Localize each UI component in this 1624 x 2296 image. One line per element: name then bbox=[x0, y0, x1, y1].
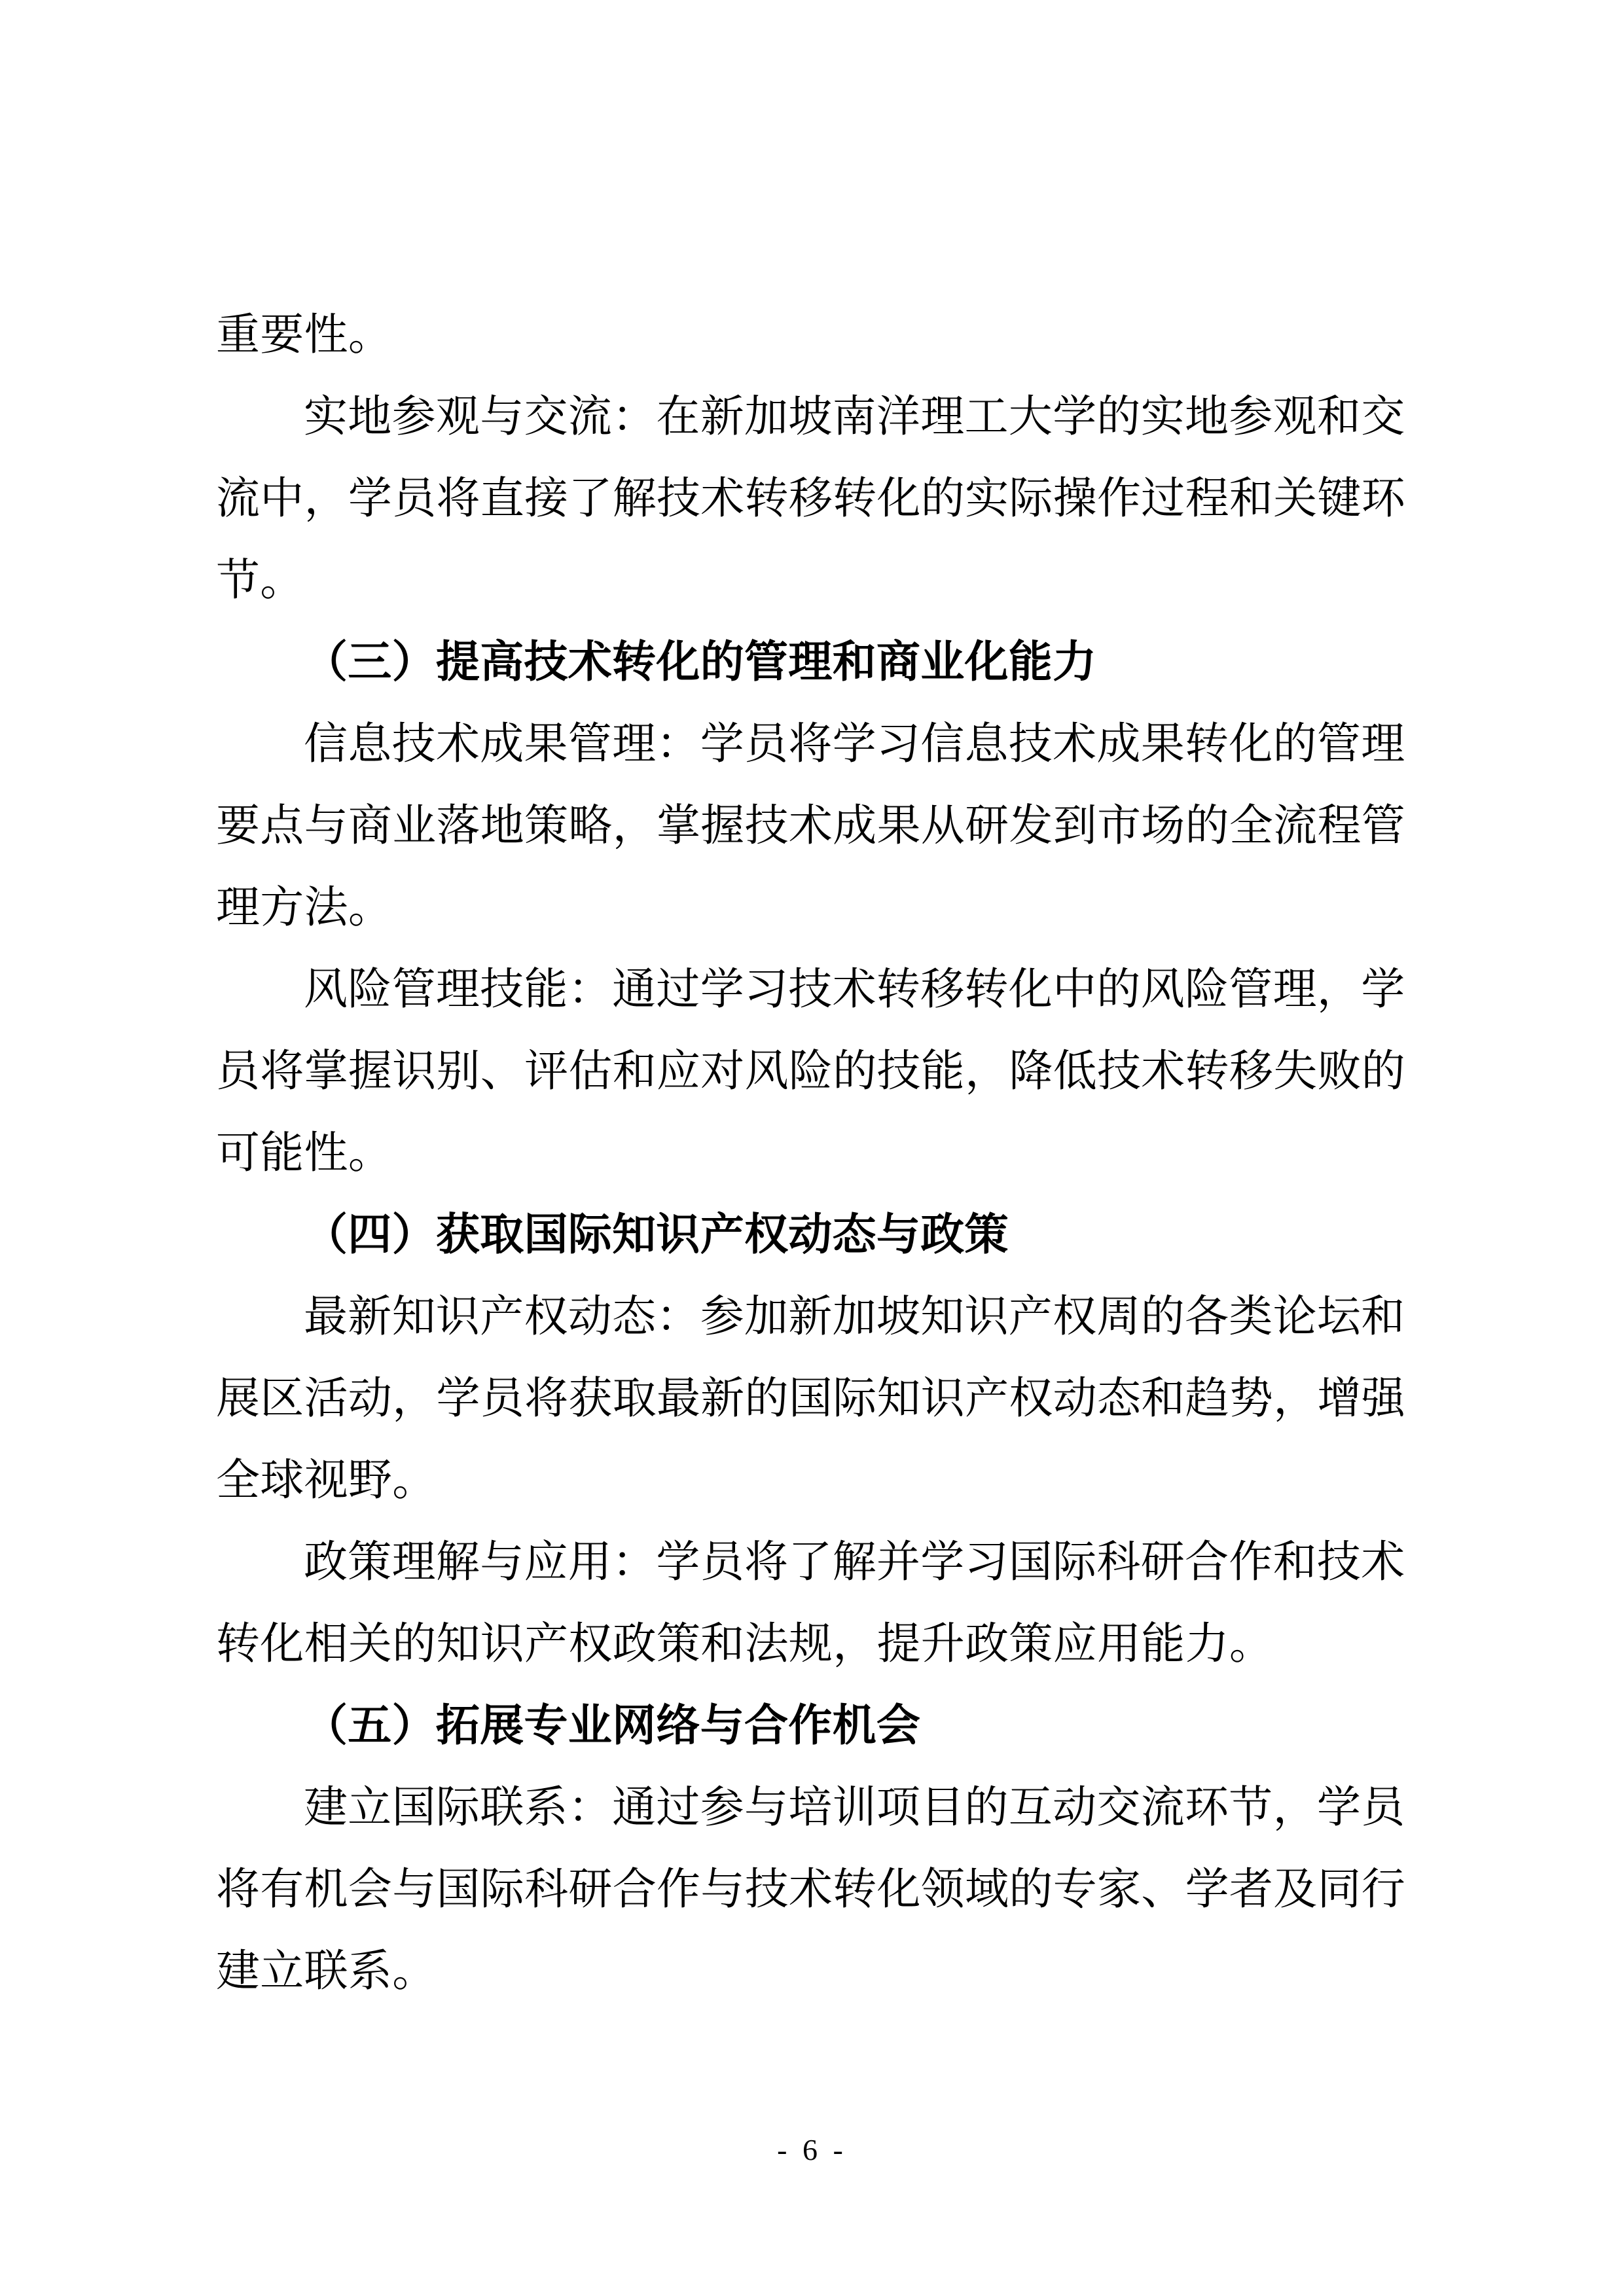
heading-line: （三）提高技术转化的管理和商业化能力 bbox=[216, 622, 1404, 704]
section-heading-4: （四）获取国际知识产权动态与政策 bbox=[216, 1194, 1404, 1276]
text-line: 风险管理技能：通过学习技术转移转化中的风险管理，学 bbox=[216, 949, 1404, 1031]
text-line: 将有机会与国际科研合作与技术转化领域的专家、学者及同行 bbox=[216, 1849, 1404, 1931]
paragraph-policy-understanding: 政策理解与应用：学员将了解并学习国际科研合作和技术 转化相关的知识产权政策和法规… bbox=[216, 1522, 1404, 1685]
paragraph-continuation: 重要性。 bbox=[216, 295, 1404, 376]
text-line: 信息技术成果管理：学员将学习信息技术成果转化的管理 bbox=[216, 704, 1404, 785]
section-heading-5: （五）拓展专业网络与合作机会 bbox=[216, 1685, 1404, 1767]
paragraph-international-contacts: 建立国际联系：通过参与培训项目的互动交流环节，学员 将有机会与国际科研合作与技术… bbox=[216, 1767, 1404, 2013]
paragraph-risk-management: 风险管理技能：通过学习技术转移转化中的风险管理，学 员将掌握识别、评估和应对风险… bbox=[216, 949, 1404, 1194]
text-line: 全球视野。 bbox=[216, 1440, 1404, 1522]
page-number: - 6 - bbox=[777, 2133, 847, 2166]
document-body: 重要性。 实地参观与交流：在新加坡南洋理工大学的实地参观和交 流中，学员将直接了… bbox=[216, 295, 1404, 2013]
text-line: 建立国际联系：通过参与培训项目的互动交流环节，学员 bbox=[216, 1767, 1404, 1849]
text-line: 可能性。 bbox=[216, 1113, 1404, 1194]
paragraph-ip-trends: 最新知识产权动态：参加新加坡知识产权周的各类论坛和 展区活动，学员将获取最新的国… bbox=[216, 1276, 1404, 1522]
paragraph-it-achievement-management: 信息技术成果管理：学员将学习信息技术成果转化的管理 要点与商业落地策略，掌握技术… bbox=[216, 704, 1404, 949]
section-heading-3: （三）提高技术转化的管理和商业化能力 bbox=[216, 622, 1404, 704]
text-line: 实地参观与交流：在新加坡南洋理工大学的实地参观和交 bbox=[216, 376, 1404, 458]
text-line: 节。 bbox=[216, 540, 1404, 622]
text-line: 理方法。 bbox=[216, 867, 1404, 949]
text-line: 最新知识产权动态：参加新加坡知识产权周的各类论坛和 bbox=[216, 1276, 1404, 1358]
heading-line: （四）获取国际知识产权动态与政策 bbox=[216, 1194, 1404, 1276]
heading-line: （五）拓展专业网络与合作机会 bbox=[216, 1685, 1404, 1767]
paragraph-site-visit: 实地参观与交流：在新加坡南洋理工大学的实地参观和交 流中，学员将直接了解技术转移… bbox=[216, 376, 1404, 622]
text-line: 政策理解与应用：学员将了解并学习国际科研合作和技术 bbox=[216, 1522, 1404, 1604]
text-line: 要点与商业落地策略，掌握技术成果从研发到市场的全流程管 bbox=[216, 785, 1404, 867]
text-line: 建立联系。 bbox=[216, 1931, 1404, 2013]
page-footer: - 6 - bbox=[0, 2124, 1624, 2176]
text-line: 转化相关的知识产权政策和法规，提升政策应用能力。 bbox=[216, 1604, 1404, 1685]
text-line: 流中，学员将直接了解技术转移转化的实际操作过程和关键环 bbox=[216, 458, 1404, 540]
text-line: 员将掌握识别、评估和应对风险的技能，降低技术转移失败的 bbox=[216, 1031, 1404, 1113]
document-page: 重要性。 实地参观与交流：在新加坡南洋理工大学的实地参观和交 流中，学员将直接了… bbox=[0, 0, 1624, 2296]
text-line: 展区活动，学员将获取最新的国际知识产权动态和趋势，增强 bbox=[216, 1358, 1404, 1440]
text-line: 重要性。 bbox=[216, 295, 1404, 376]
